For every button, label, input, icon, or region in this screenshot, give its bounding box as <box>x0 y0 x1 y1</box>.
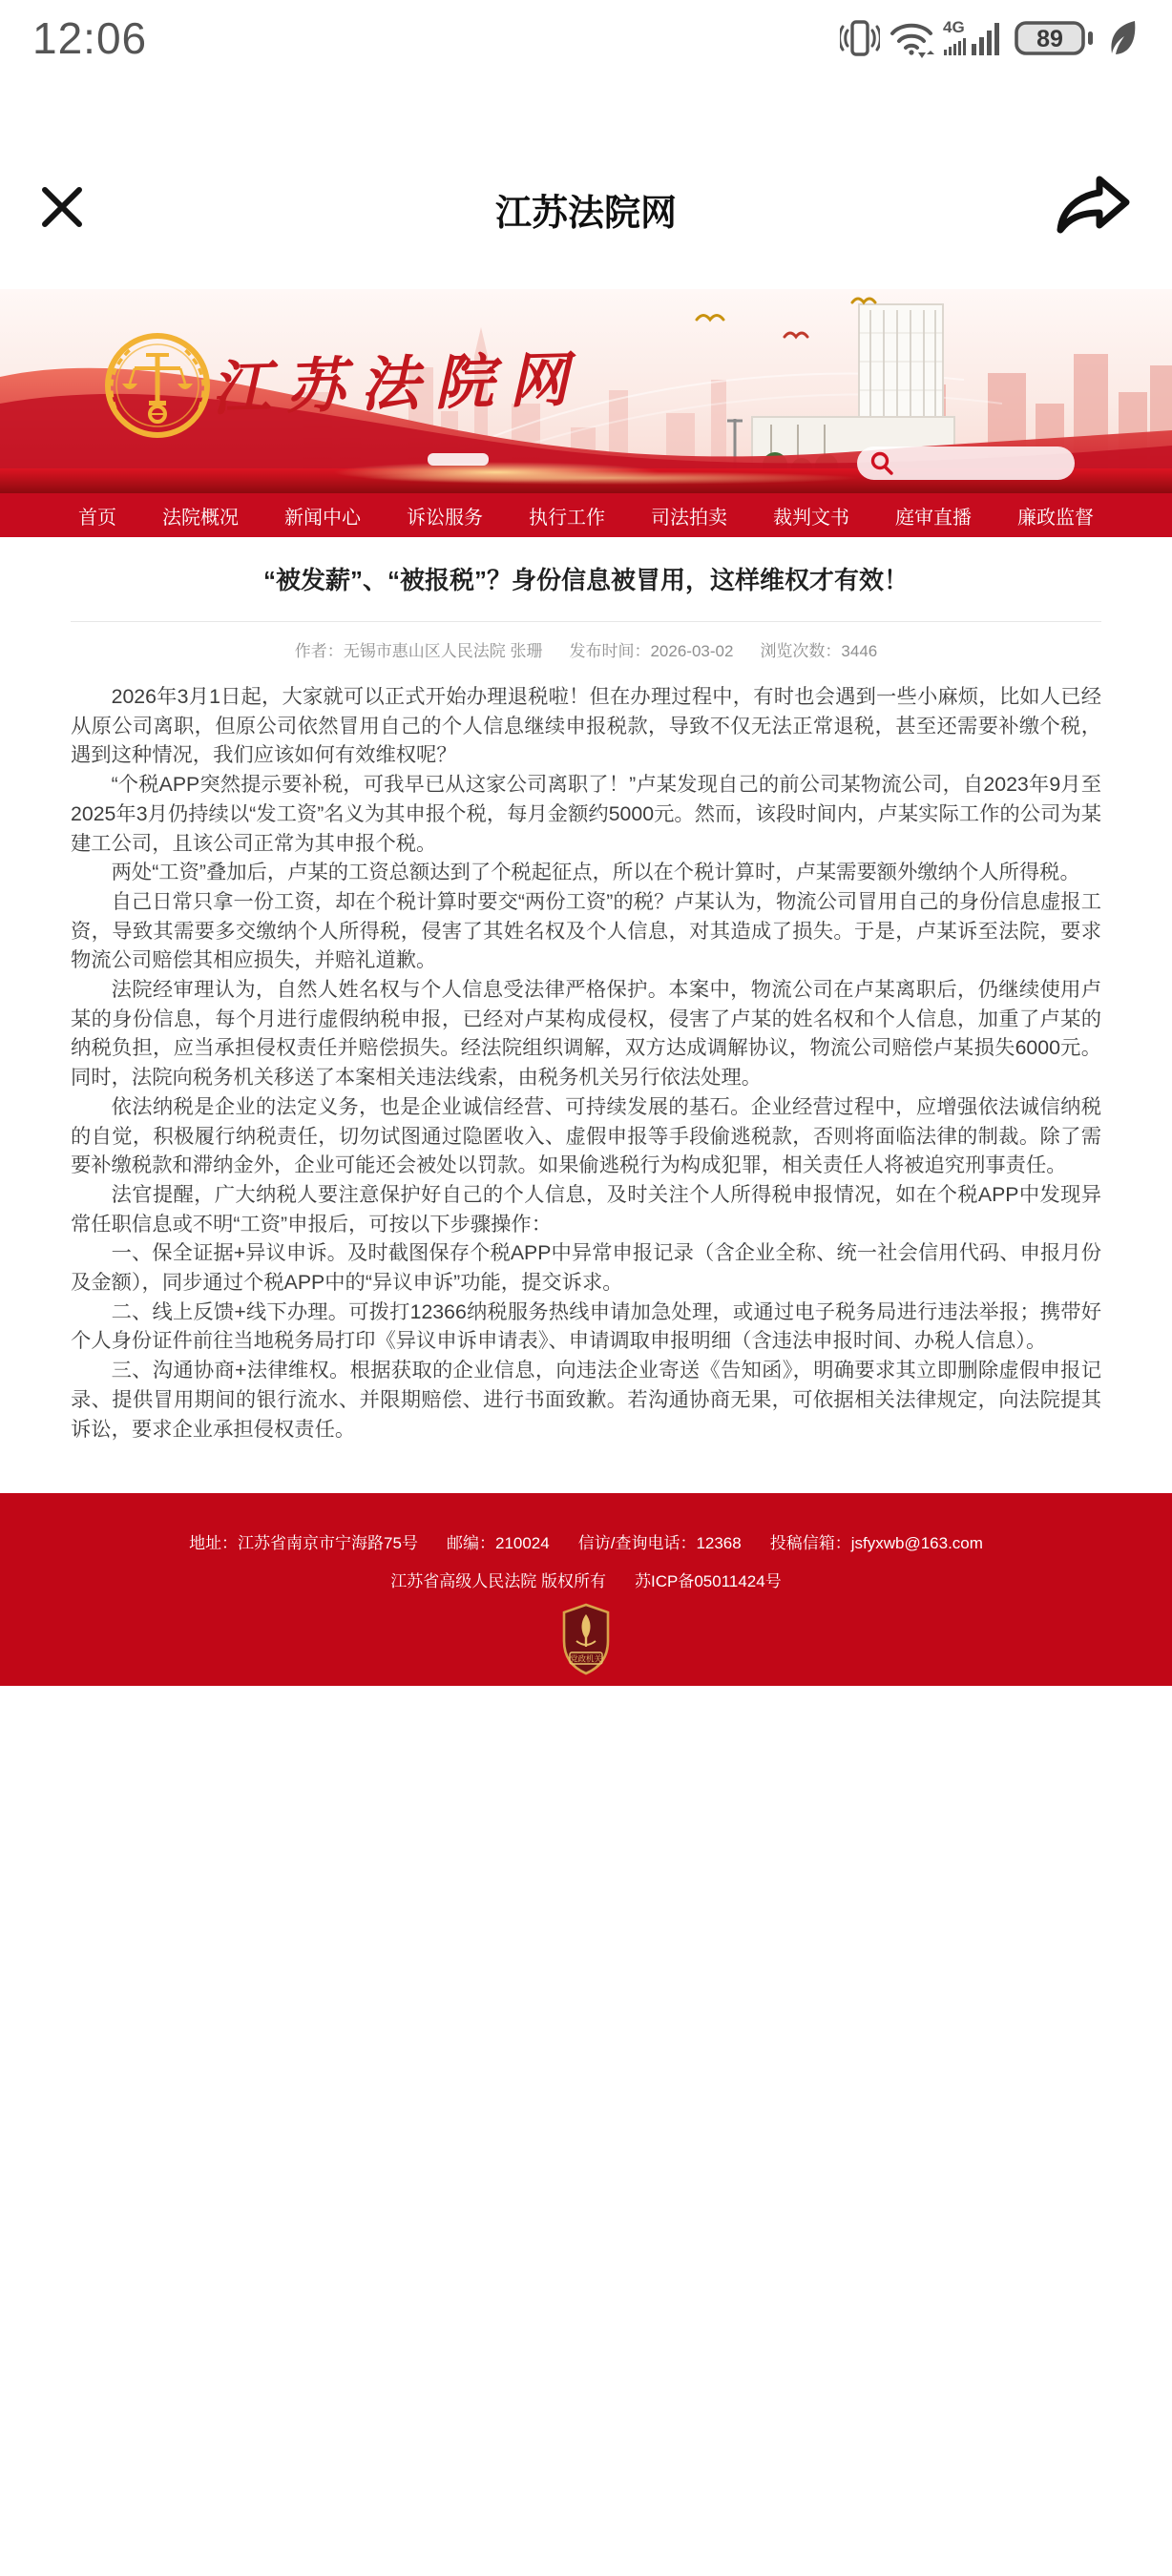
paragraph: “个税APP突然提示要补税，可我早已从这家公司离职了！”卢某发现自己的前公司某物… <box>71 770 1101 858</box>
footer-copyright-line: 江苏省高级人民法院 版权所有 苏ICP备05011424号 <box>0 1568 1172 1591</box>
status-bar: 12:06 4G <box>0 0 1172 76</box>
status-icons: 4G 89 <box>840 17 1140 59</box>
article: “被发薪”、“被报税”？身份信息被冒用，这样维权才有效！ 作者：无锡市惠山区人民… <box>71 564 1101 1444</box>
share-button[interactable] <box>1054 174 1132 235</box>
nav-item-judicial-auction[interactable]: 司法拍卖 <box>651 502 727 530</box>
gov-badge: 党政机关 <box>561 1603 611 1675</box>
article-body: 2026年3月1日起，大家就可以正式开始办理退税啦！但在办理过程中，有时也会遇到… <box>71 682 1101 1444</box>
site-banner: 江苏法院网 <box>0 289 1172 493</box>
page-footer: 地址：江苏省南京市宁海路75号 邮编：210024 信访/查询电话：12368 … <box>0 1493 1172 1686</box>
meta-views: 浏览次数：3446 <box>760 637 877 661</box>
footer-phone: 信访/查询电话：12368 <box>578 1529 742 1553</box>
nav-item-integrity-supervision[interactable]: 廉政监督 <box>1017 502 1094 530</box>
paragraph: 法官提醒，广大纳税人要注意保护好自己的个人信息，及时关注个人所得税申报情况，如在… <box>71 1180 1101 1238</box>
app-header: 江苏法院网 <box>0 76 1172 289</box>
paragraph: 三、沟通协商+法律维权。根据获取的企业信息，向违法企业寄送《告知函》，明确要求其… <box>71 1356 1101 1444</box>
banner-artwork: 江苏法院网 <box>0 289 1172 493</box>
battery-level: 89 <box>1036 26 1063 52</box>
footer-copyright: 江苏省高级人民法院 版权所有 <box>390 1568 606 1591</box>
meta-publish-time: 发布时间：2026-03-02 <box>569 637 733 661</box>
paragraph: 2026年3月1日起，大家就可以正式开始办理退税啦！但在办理过程中，有时也会遇到… <box>71 682 1101 770</box>
nav-item-trial-livestream[interactable]: 庭审直播 <box>895 502 972 530</box>
vibrate-icon <box>840 17 880 59</box>
footer-contact-line: 地址：江苏省南京市宁海路75号 邮编：210024 信访/查询电话：12368 … <box>0 1493 1172 1553</box>
main-nav: 首页 法院概况 新闻中心 诉讼服务 执行工作 司法拍卖 裁判文书 庭审直播 廉政… <box>0 493 1172 537</box>
network-label: 4G <box>943 18 965 36</box>
gov-badge-label: 党政机关 <box>570 1654 602 1664</box>
paragraph: 一、保全证据+异议申诉。及时截图保存个税APP中异常申报记录（含企业全称、统一社… <box>71 1238 1101 1297</box>
article-meta: 作者：无锡市惠山区人民法院 张珊 发布时间：2026-03-02 浏览次数：34… <box>71 637 1101 661</box>
signal-4g-icon: 4G <box>943 17 1006 59</box>
paragraph: 法院经审理认为，自然人姓名权与个人信息受法律严格保护。本案中，物流公司在卢某离职… <box>71 975 1101 1092</box>
clock: 12:06 <box>32 12 147 64</box>
nav-item-enforcement-work[interactable]: 执行工作 <box>529 502 605 530</box>
banner-site-name: 江苏法院网 <box>211 348 585 423</box>
paragraph: 二、线上反馈+线下办理。可拨打12366纳税服务热线申请加急处理，或通过电子税务… <box>71 1298 1101 1356</box>
eco-leaf-icon <box>1107 17 1140 59</box>
paragraph: 自己日常只拿一份工资，却在个税计算时要交“两份工资”的税？卢某认为，物流公司冒用… <box>71 887 1101 975</box>
nav-item-news-center[interactable]: 新闻中心 <box>284 502 361 530</box>
nav-item-litigation-services[interactable]: 诉讼服务 <box>407 502 483 530</box>
nav-item-court-overview[interactable]: 法院概况 <box>162 502 239 530</box>
footer-address: 地址：江苏省南京市宁海路75号 <box>189 1529 418 1553</box>
page-title: 江苏法院网 <box>0 183 1172 236</box>
share-forward-icon <box>1054 174 1132 235</box>
footer-email: 投稿信箱：jsfyxwb@163.com <box>770 1529 983 1553</box>
meta-author: 作者：无锡市惠山区人民法院 张珊 <box>295 637 543 661</box>
battery-icon: 89 <box>1015 17 1099 59</box>
nav-item-judgment-documents[interactable]: 裁判文书 <box>773 502 849 530</box>
banner-search-input[interactable] <box>857 447 1075 480</box>
paragraph: 两处“工资”叠加后，卢某的工资总额达到了个税起征点，所以在个税计算时，卢某需要额… <box>71 858 1101 887</box>
article-title: “被发薪”、“被报税”？身份信息被冒用，这样维权才有效！ <box>71 564 1101 596</box>
footer-icp: 苏ICP备05011424号 <box>635 1568 782 1591</box>
wifi-icon <box>889 17 934 59</box>
gov-badge-icon: 党政机关 <box>561 1603 611 1675</box>
paragraph: 依法纳税是企业的法定义务，也是企业诚信经营、可持续发展的基石。企业经营过程中，应… <box>71 1092 1101 1180</box>
footer-postcode: 邮编：210024 <box>447 1529 550 1553</box>
article-divider <box>71 621 1101 622</box>
nav-item-home[interactable]: 首页 <box>78 502 116 530</box>
